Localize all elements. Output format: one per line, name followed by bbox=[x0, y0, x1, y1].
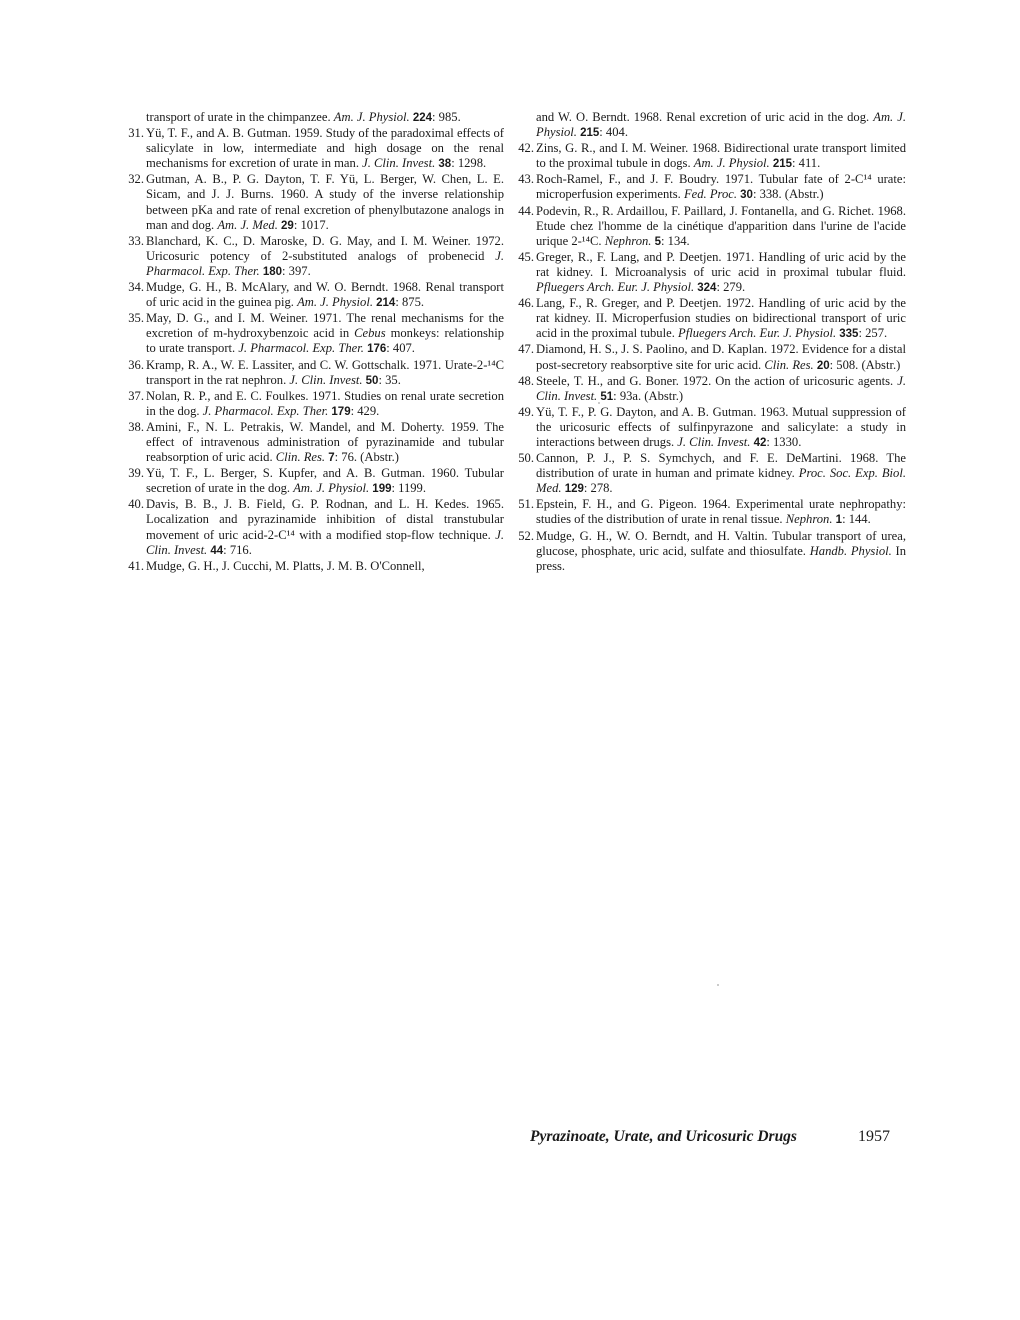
reference-text: Gutman, A. B., P. G. Dayton, T. F. Yü, L… bbox=[146, 172, 504, 233]
reference-entry: transport of urate in the chimpanzee. Am… bbox=[126, 110, 504, 126]
reference-number: 52. bbox=[516, 529, 534, 544]
reference-entry: 46.Lang, F., R. Greger, and P. Deetjen. … bbox=[516, 296, 906, 342]
reference-number: 35. bbox=[126, 311, 144, 326]
reference-entry: 45.Greger, R., F. Lang, and P. Deetjen. … bbox=[516, 250, 906, 296]
reference-number: 32. bbox=[126, 172, 144, 187]
reference-entry: 52.Mudge, G. H., W. O. Berndt, and H. Va… bbox=[516, 529, 906, 574]
reference-text: Epstein, F. H., and G. Pigeon. 1964. Exp… bbox=[536, 497, 906, 528]
reference-number: 33. bbox=[126, 234, 144, 249]
reference-entry: 35.May, D. G., and I. M. Weiner. 1971. T… bbox=[126, 311, 504, 357]
reference-entry: 31.Yü, T. F., and A. B. Gutman. 1959. St… bbox=[126, 126, 504, 172]
reference-text: May, D. G., and I. M. Weiner. 1971. The … bbox=[146, 311, 504, 357]
reference-entry: 49.Yü, T. F., P. G. Dayton, and A. B. Gu… bbox=[516, 405, 906, 451]
reference-number: 39. bbox=[126, 466, 144, 481]
reference-number: 37. bbox=[126, 389, 144, 404]
reference-text: Mudge, G. H., B. McAlary, and W. O. Bern… bbox=[146, 280, 504, 311]
reference-entry: 34.Mudge, G. H., B. McAlary, and W. O. B… bbox=[126, 280, 504, 311]
reference-entry: 41.Mudge, G. H., J. Cucchi, M. Platts, J… bbox=[126, 559, 504, 574]
reference-text: transport of urate in the chimpanzee. Am… bbox=[146, 110, 504, 126]
reference-entry: 32.Gutman, A. B., P. G. Dayton, T. F. Yü… bbox=[126, 172, 504, 233]
references-left-column: transport of urate in the chimpanzee. Am… bbox=[126, 110, 504, 574]
reference-text: Diamond, H. S., J. S. Paolino, and D. Ka… bbox=[536, 342, 906, 373]
reference-text: Mudge, G. H., J. Cucchi, M. Platts, J. M… bbox=[146, 559, 504, 574]
reference-entry: 39.Yü, T. F., L. Berger, S. Kupfer, and … bbox=[126, 466, 504, 497]
reference-entry: 38.Amini, F., N. L. Petrakis, W. Mandel,… bbox=[126, 420, 504, 466]
reference-text: and W. O. Berndt. 1968. Renal excretion … bbox=[536, 110, 906, 141]
reference-number: 42. bbox=[516, 141, 534, 156]
reference-number: 44. bbox=[516, 204, 534, 219]
reference-number: 34. bbox=[126, 280, 144, 295]
reference-text: Yü, T. F., P. G. Dayton, and A. B. Gutma… bbox=[536, 405, 906, 451]
reference-text: Nolan, R. P., and E. C. Foulkes. 1971. S… bbox=[146, 389, 504, 420]
reference-entry: 33.Blanchard, K. C., D. Maroske, D. G. M… bbox=[126, 234, 504, 280]
reference-text: Kramp, R. A., W. E. Lassiter, and C. W. … bbox=[146, 358, 504, 389]
reference-text: Amini, F., N. L. Petrakis, W. Mandel, an… bbox=[146, 420, 504, 466]
scan-speck bbox=[717, 984, 719, 986]
reference-number: 46. bbox=[516, 296, 534, 311]
reference-entry: 50.Cannon, P. J., P. S. Symchych, and F.… bbox=[516, 451, 906, 497]
running-title: Pyrazinoate, Urate, and Uricosuric Drugs bbox=[530, 1128, 797, 1146]
reference-number: 41. bbox=[126, 559, 144, 574]
reference-entry: 48.Steele, T. H., and G. Boner. 1972. On… bbox=[516, 374, 906, 405]
reference-number: 43. bbox=[516, 172, 534, 187]
reference-number: 45. bbox=[516, 250, 534, 265]
reference-text: Davis, B. B., J. B. Field, G. P. Rodnan,… bbox=[146, 497, 504, 558]
reference-entry: 37.Nolan, R. P., and E. C. Foulkes. 1971… bbox=[126, 389, 504, 420]
reference-text: Cannon, P. J., P. S. Symchych, and F. E.… bbox=[536, 451, 906, 497]
reference-entry: 43.Roch-Ramel, F., and J. F. Boudry. 197… bbox=[516, 172, 906, 203]
reference-text: Mudge, G. H., W. O. Berndt, and H. Valti… bbox=[536, 529, 906, 574]
references-right-column: and W. O. Berndt. 1968. Renal excretion … bbox=[516, 110, 906, 574]
reference-text: Lang, F., R. Greger, and P. Deetjen. 197… bbox=[536, 296, 906, 342]
reference-text: Roch-Ramel, F., and J. F. Boudry. 1971. … bbox=[536, 172, 906, 203]
reference-text: Yü, T. F., and A. B. Gutman. 1959. Study… bbox=[146, 126, 504, 172]
reference-entry: 40.Davis, B. B., J. B. Field, G. P. Rodn… bbox=[126, 497, 504, 558]
reference-entry: 47.Diamond, H. S., J. S. Paolino, and D.… bbox=[516, 342, 906, 373]
reference-text: Podevin, R., R. Ardaillou, F. Paillard, … bbox=[536, 204, 906, 250]
reference-text: Greger, R., F. Lang, and P. Deetjen. 197… bbox=[536, 250, 906, 296]
reference-number: 50. bbox=[516, 451, 534, 466]
reference-number: 47. bbox=[516, 342, 534, 357]
reference-number: 48. bbox=[516, 374, 534, 389]
scan-speck bbox=[598, 402, 600, 404]
reference-number: 40. bbox=[126, 497, 144, 512]
reference-number: 51. bbox=[516, 497, 534, 512]
page-number: 1957 bbox=[858, 1128, 890, 1146]
reference-number: 36. bbox=[126, 358, 144, 373]
reference-entry: 36.Kramp, R. A., W. E. Lassiter, and C. … bbox=[126, 358, 504, 389]
reference-entry: 42.Zins, G. R., and I. M. Weiner. 1968. … bbox=[516, 141, 906, 172]
reference-entry: 51.Epstein, F. H., and G. Pigeon. 1964. … bbox=[516, 497, 906, 528]
reference-number: 49. bbox=[516, 405, 534, 420]
reference-text: Steele, T. H., and G. Boner. 1972. On th… bbox=[536, 374, 906, 405]
reference-entry: 44.Podevin, R., R. Ardaillou, F. Paillar… bbox=[516, 204, 906, 250]
reference-entry: and W. O. Berndt. 1968. Renal excretion … bbox=[516, 110, 906, 141]
reference-text: Yü, T. F., L. Berger, S. Kupfer, and A. … bbox=[146, 466, 504, 497]
reference-number: 31. bbox=[126, 126, 144, 141]
reference-text: Zins, G. R., and I. M. Weiner. 1968. Bid… bbox=[536, 141, 906, 172]
reference-number: 38. bbox=[126, 420, 144, 435]
reference-text: Blanchard, K. C., D. Maroske, D. G. May,… bbox=[146, 234, 504, 280]
